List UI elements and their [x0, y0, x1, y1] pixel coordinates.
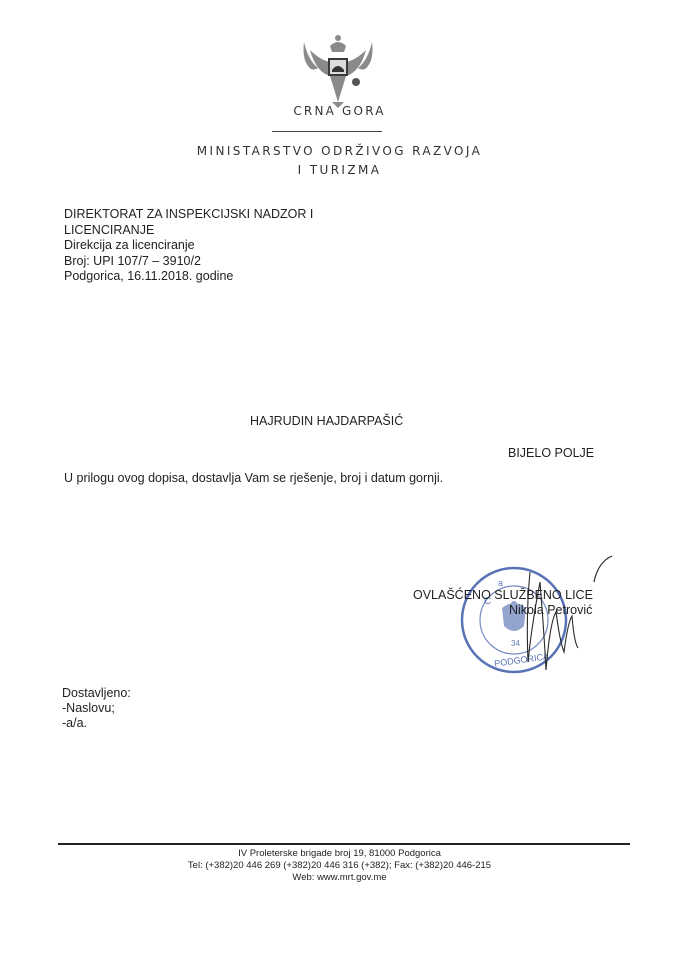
reference-number: Broj: UPI 107/7 – 3910/2 — [64, 254, 313, 270]
directorate-line2: LICENCIRANJE — [64, 223, 313, 239]
footer-divider — [58, 843, 630, 845]
country-name: CRNA GORA — [0, 104, 679, 118]
distribution-list: Dostavljeno: -Naslovu; -a/a. — [62, 686, 131, 731]
distribution-heading: Dostavljeno: — [62, 686, 131, 701]
sender-block: DIREKTORAT ZA INSPEKCIJSKI NADZOR I LICE… — [64, 207, 313, 285]
recipient-name: HAJRUDIN HAJDARPAŠIĆ — [250, 414, 403, 428]
signatory-title: OVLAŠĆENO SLUŽBENO LICE — [413, 588, 593, 602]
ministry-name: MINISTARSTVO ODRŽIVOG RAZVOJA I TURIZMA — [0, 142, 679, 180]
directorate-line1: DIREKTORAT ZA INSPEKCIJSKI NADZOR I — [64, 207, 313, 223]
footer-address: IV Proleterske brigade broj 19, 81000 Po… — [0, 848, 679, 860]
handwritten-signature — [520, 552, 620, 682]
svg-text:a: a — [498, 578, 503, 588]
footer-web: Web: www.mrt.gov.me — [0, 872, 679, 884]
coat-of-arms-icon — [294, 32, 382, 110]
signatory-name: Nikola Petrović — [509, 603, 592, 617]
footer-contact: Tel: (+382)20 446 269 (+382)20 446 316 (… — [0, 860, 679, 872]
distribution-item: -a/a. — [62, 716, 131, 731]
letterhead-divider — [272, 131, 382, 132]
ministry-name-line2: I TURIZMA — [0, 161, 679, 180]
place-and-date: Podgorica, 16.11.2018. godine — [64, 269, 313, 285]
distribution-item: -Naslovu; — [62, 701, 131, 716]
ministry-name-line1: MINISTARSTVO ODRŽIVOG RAZVOJA — [0, 142, 679, 161]
recipient-city: BIJELO POLJE — [508, 446, 594, 460]
footer: IV Proleterske brigade broj 19, 81000 Po… — [0, 848, 679, 884]
letter-body: U prilogu ovog dopisa, dostavlja Vam se … — [64, 471, 443, 485]
department: Direkcija za licenciranje — [64, 238, 313, 254]
